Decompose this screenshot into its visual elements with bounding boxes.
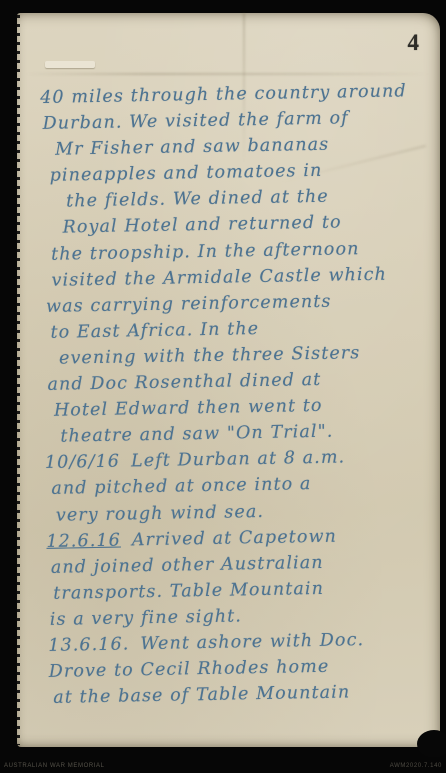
diary-line-text: Royal Hotel and returned to (62, 213, 341, 238)
diary-entry-date: 10/6/16 (45, 452, 121, 473)
diary-line-text: transports. Table Mountain (53, 579, 324, 604)
diary-line-text: visited the Armidale Castle which (51, 264, 387, 290)
diary-line-text: evening with the three Sisters (59, 343, 361, 369)
diary-line-text: and Doc Rosenthal dined at (47, 370, 321, 395)
diary-line-text: the fields. We dined at the (66, 187, 329, 212)
archive-item-id-label: AWM2020.7.140 (390, 763, 442, 769)
diary-paper-sheet: 4 40 miles through the country around Du… (17, 13, 440, 747)
diary-line-text: at the base of Table Mountain (53, 683, 350, 708)
diary-line-text: Drove to Cecil Rhodes home (49, 657, 330, 682)
tape-mark (45, 61, 95, 68)
diary-line-text: Durban. We visited the farm of (43, 108, 349, 134)
diary-entry-date: 12.6.16 (46, 530, 121, 551)
diary-line-text: was carrying reinforcements (46, 291, 332, 316)
diary-line-text: Mr Fisher and saw bananas (55, 135, 329, 160)
diary-line-text: 40 miles through the country around (40, 81, 407, 108)
diary-line-text: very rough wind sea. (56, 501, 265, 525)
diary-line-text: Went ashore with Doc. (140, 630, 364, 654)
paper-crease (25, 73, 430, 75)
diary-entry-date: 13.6.16. (48, 634, 130, 655)
diary-line-text: pineapples and tomatoes in (49, 161, 322, 186)
perforated-edge (16, 15, 20, 745)
diary-line-text: to East Africa. In the (50, 319, 259, 343)
diary-line-text: and pitched at once into a (51, 474, 311, 499)
diary-line-text: Hotel Edward then went to (54, 396, 323, 421)
torn-corner-mark (417, 730, 446, 758)
diary-line-text: Arrived at Capetown (132, 526, 337, 550)
diary-line-text: Left Durban at 8 a.m. (131, 448, 346, 472)
page-number-stamp: 4 (408, 30, 420, 56)
archive-attribution-label: AUSTRALIAN WAR MEMORIAL (4, 763, 105, 769)
diary-handwritten-lines: 40 miles through the country around Durb… (38, 78, 446, 711)
diary-line-text: and joined other Australian (51, 553, 324, 578)
diary-page-scan: 4 40 miles through the country around Du… (0, 0, 446, 773)
diary-line-text: theatre and saw "On Trial". (60, 422, 333, 447)
diary-line-text: is a very fine sight. (50, 606, 243, 630)
diary-line-text: the troopship. In the afternoon (51, 239, 360, 265)
